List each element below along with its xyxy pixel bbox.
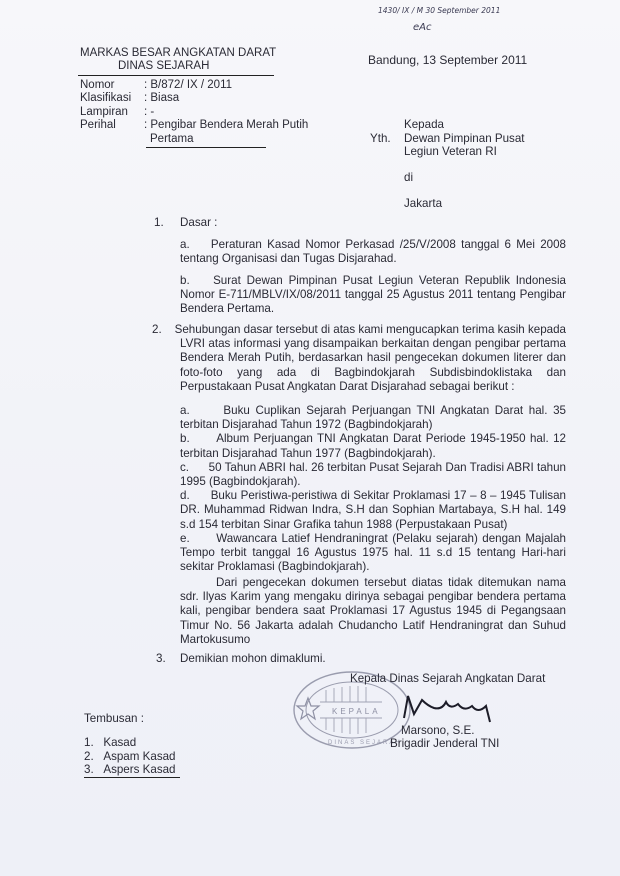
reference-item: c. 50 Tahun ABRI hal. 26 terbitan Pusat …	[180, 461, 566, 489]
org-line2: DINAS SEJARAH	[118, 60, 209, 72]
point1-number: 1.	[154, 216, 164, 229]
point3-text: Demikian mohon dimaklumi.	[180, 652, 326, 665]
meta-nomor: Nomor: B/872/ IX / 2011	[80, 79, 308, 92]
reference-item: b. Album Perjuangan TNI Angkatan Darat P…	[180, 432, 566, 460]
point3-number: 3.	[156, 652, 166, 665]
signatory-title: Kepala Dinas Sejarah Angkatan Darat	[350, 672, 545, 685]
recipient-line2: Legiun Veteran RI	[404, 145, 497, 158]
conclusion: Dari pengecekan dokumen tersebut diatas …	[180, 576, 566, 647]
cc-item: 2. Aspam Kasad	[84, 750, 176, 764]
recipient-yth: Yth.	[370, 132, 391, 145]
recipient-city: Jakarta	[404, 197, 442, 210]
meta-klasifikasi: Klasifikasi: Biasa	[80, 92, 308, 105]
cc-title: Tembusan :	[84, 712, 144, 725]
letter-meta: Nomor: B/872/ IX / 2011 Klasifikasi: Bia…	[80, 79, 308, 146]
reference-item: a. Buku Cuplikan Sejarah Perjuangan TNI …	[180, 404, 566, 432]
recipient-line1: Dewan Pimpinan Pusat	[404, 132, 525, 145]
meta-perihal: Perihal: Pengibar Bendera Merah Putih	[80, 119, 308, 132]
cc-item: 1. Kasad	[84, 736, 176, 750]
cc-item: 3. Aspers Kasad	[84, 763, 176, 777]
point1-a: a. Peraturan Kasad Nomor Perkasad /25/V/…	[180, 238, 566, 266]
letter-page: 1430/ IX / M 30 September 2011 eAc MARKA…	[0, 0, 620, 876]
perihal-rule	[146, 147, 266, 148]
cc-list: 1. Kasad 2. Aspam Kasad 3. Aspers Kasad	[84, 736, 176, 777]
initials: eAc	[413, 22, 432, 33]
reference-item: d. Buku Peristiwa-peristiwa di Sekitar P…	[180, 489, 566, 532]
point2: 2. Sehubungan dasar tersebut di atas kam…	[180, 323, 566, 394]
signatory-name: Marsono, S.E.	[401, 724, 474, 737]
svg-text:KEPALA: KEPALA	[332, 707, 381, 716]
point1-title: Dasar :	[180, 216, 217, 229]
cc-rule	[84, 777, 180, 778]
receipt-note: 1430/ IX / M 30 September 2011	[378, 6, 500, 15]
meta-lampiran: Lampiran: -	[80, 106, 308, 119]
perihal-cont: Pertama	[144, 133, 193, 146]
handwritten-signature-icon	[400, 688, 510, 728]
signatory-rank: Brigadir Jenderal TNI	[390, 737, 499, 750]
letterhead-rule	[78, 75, 274, 76]
reference-item: e. Wawancara Latief Hendraningrat (Pelak…	[180, 532, 566, 575]
place-date: Bandung, 13 September 2011	[368, 53, 527, 67]
recipient-di: di	[404, 171, 413, 184]
recipient-kepada: Kepada	[404, 118, 444, 131]
org-line1: MARKAS BESAR ANGKATAN DARAT	[80, 47, 276, 59]
reference-list: a. Buku Cuplikan Sejarah Perjuangan TNI …	[180, 404, 566, 574]
point1-b: b. Surat Dewan Pimpinan Pusat Legiun Vet…	[180, 274, 566, 317]
